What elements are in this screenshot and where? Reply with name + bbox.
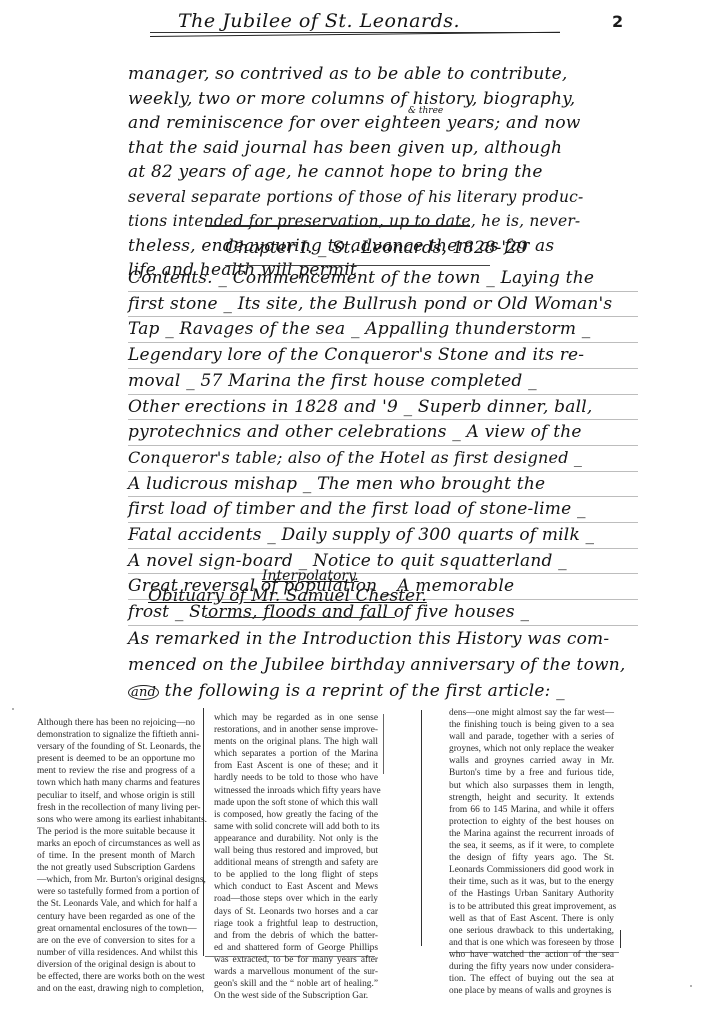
news-line: diversion of the original design is abou… — [37, 959, 195, 971]
news-line: present is deemed to be an opportune mo — [37, 753, 195, 765]
news-line: restorations, and in another sense impro… — [214, 724, 378, 736]
news-line: Leonards Commissioners did good work in — [449, 864, 614, 876]
news-line: wall and parade, together with a series … — [449, 731, 614, 743]
news-line: who have watched the action of the sea — [449, 949, 614, 961]
news-line: made upon the soft stone of which this w… — [214, 797, 378, 809]
intro-line-text: and reminiscence for over eighteen years… — [128, 113, 581, 133]
news-line: of the Hastings Urban Sanitary Authority — [449, 888, 614, 900]
news-line: which may be regarded as in one sense — [214, 712, 378, 724]
news-line: geon's skill and the “ noble art of heal… — [214, 978, 378, 990]
news-line: additional means of strength and safety … — [214, 857, 378, 869]
remark-line: menced on the Jubilee birthday anniversa… — [128, 652, 638, 678]
interpolatory-label: Interpolatory. — [262, 568, 359, 584]
news-line: peculiar to itself, and whose origin is … — [37, 790, 195, 802]
news-line: the sea, it seems, as if it were, to com… — [449, 840, 614, 852]
news-line: is to be attributed this great improveme… — [449, 901, 614, 913]
news-line: the St. Leonards Vale, and which for hal… — [37, 898, 195, 910]
news-line: great ornamental enclosures of the town— — [37, 923, 195, 935]
news-line: same with solid concrete will add both t… — [214, 821, 378, 833]
document-title: The Jubilee of St. Leonards. — [178, 10, 460, 32]
column-border-right — [421, 710, 422, 946]
news-line: their time, such as it was, but to the e… — [449, 876, 614, 888]
news-line: and on the east, drawing nigh to complet… — [37, 983, 195, 995]
news-line: one serious drawback to this undertaking… — [449, 925, 614, 937]
contents-line: Legendary lore of the Conqueror's Stone … — [128, 343, 638, 369]
contents-line: moval _ 57 Marina the first house comple… — [128, 369, 638, 395]
news-line: fresh in the recollection of many living… — [37, 802, 195, 814]
news-line: ment to review the rise and progress of … — [37, 765, 195, 777]
news-line: the design of fifty years ago. The St. — [449, 852, 614, 864]
contents-line: pyrotechnics and other celebrations _ A … — [128, 420, 638, 446]
intro-line: manager, so contrived as to be able to c… — [128, 62, 628, 87]
news-line: appearance and durability. Not only is t… — [214, 833, 378, 845]
news-line: The period is the more suitable because … — [37, 826, 195, 838]
news-line: from East Ascent is one of these; and it — [214, 760, 378, 772]
news-line: tion. The effect of buying out the sea a… — [449, 973, 614, 985]
news-line: marks an epoch of circumstances as well … — [37, 838, 195, 850]
remark-line-text: the following is a reprint of the first … — [165, 681, 565, 701]
news-line: which conduct to East Ascent and Mews — [214, 881, 378, 893]
intro-line: that the said journal has been given up,… — [128, 136, 628, 161]
news-line: Although there has been no rejoicing—no — [37, 717, 195, 729]
news-line: are on the eve of conversion to sites fo… — [37, 935, 195, 947]
chapter-contents: Contents. _ Commencement of the town _ L… — [128, 266, 638, 626]
scan-speck — [690, 985, 692, 987]
remark-line: and the following is a reprint of the fi… — [128, 678, 638, 704]
news-line: wards a marvellous monument of the sur- — [214, 966, 378, 978]
column-border-far-right — [620, 930, 621, 948]
section-divider — [205, 225, 470, 227]
news-line: road—those steps over which in the early — [214, 893, 378, 905]
news-line: riage took a frightful leap to destructi… — [214, 918, 378, 930]
contents-line: Other erections in 1828 and '9 _ Superb … — [128, 395, 638, 421]
news-line: On the west side of the Subscription Gar… — [214, 990, 378, 1002]
page-header: The Jubilee of St. Leonards. 2 — [0, 6, 715, 42]
news-line: walls and groynes carried away in Mr. — [449, 755, 614, 767]
news-line: Burton's time by a free and furious tide… — [449, 767, 614, 779]
newspaper-column-1: Although there has been no rejoicing—no … — [37, 717, 195, 995]
obituary-rule — [205, 617, 395, 618]
scan-speck — [600, 940, 602, 942]
news-line: during the fifty years now under conside… — [449, 961, 614, 973]
remark-line: As remarked in the Introduction this His… — [128, 626, 638, 652]
news-line: wall being thus restored and improved, b… — [214, 845, 378, 857]
news-line: ments on the original plans. The high wa… — [214, 736, 378, 748]
news-line: strength, height and security. It extend… — [449, 792, 614, 804]
news-line: were so tastefully formed from a portion… — [37, 886, 195, 898]
intro-line: and reminiscence for over eighteen years… — [128, 111, 628, 136]
news-line: but which also surpasses them in length, — [449, 780, 614, 792]
newspaper-column-2: which may be regarded as in one sense re… — [214, 712, 378, 1002]
news-line: well as that of East Ascent. There is on… — [449, 913, 614, 925]
news-line: witnessed the inroads which fifty years … — [214, 785, 378, 797]
contents-line: A ludicrous mishap _ The men who brought… — [128, 472, 638, 498]
intro-line: weekly, two or more columns of history, … — [128, 87, 628, 112]
news-line: dens—one might almost say the far west— — [449, 707, 614, 719]
news-line: ed and shattered form of George Phillips — [214, 942, 378, 954]
news-line: town which hath many charms and features — [37, 777, 195, 789]
news-line: and from the debris of which the batter- — [214, 930, 378, 942]
news-line: the finishing touch is being given to a … — [449, 719, 614, 731]
news-line: of time. In the present month of March — [37, 850, 195, 862]
reprint-intro-paragraph: As remarked in the Introduction this His… — [128, 626, 638, 704]
intro-insertion-note: & three — [408, 106, 443, 116]
column-border-left — [203, 708, 204, 956]
contents-line: first stone _ Its site, the Bullrush pon… — [128, 292, 638, 318]
page-number: 2 — [612, 12, 623, 31]
news-line: be effected, there are works both on the… — [37, 971, 195, 983]
news-line: hardly needs to be told to those who hav… — [214, 772, 378, 784]
news-line: the not greatly used Subscription Garden… — [37, 862, 195, 874]
column-border-mid — [383, 714, 384, 774]
intro-line: tions intended for preservation, up to d… — [128, 209, 628, 234]
news-line: versary of the founding of St. Leonards,… — [37, 741, 195, 753]
news-line: and that is one which was foreseen by th… — [449, 937, 614, 949]
news-line: century have been regarded as one of the — [37, 911, 195, 923]
news-line: from 66 to 145 Marina, and while it offe… — [449, 804, 614, 816]
news-line: was extracted, to be for many years afte… — [214, 954, 378, 966]
news-line: number of villa residences. And whilst t… — [37, 947, 195, 959]
scan-speck — [12, 708, 14, 710]
news-line: sons who were among its earliest inhabit… — [37, 814, 195, 826]
news-line: which separates a portion of the Marina — [214, 748, 378, 760]
news-line: to be applied to the long flight of step… — [214, 869, 378, 881]
news-line: days of St. Leonards two horses and a ca… — [214, 906, 378, 918]
news-line: protection to eighty of the best houses … — [449, 816, 614, 828]
intro-line: several separate portions of those of hi… — [128, 185, 628, 210]
news-line: one place by means of walls and groynes … — [449, 985, 614, 997]
contents-line: A novel sign-board _ Notice to quit squa… — [128, 549, 638, 575]
intro-line: at 82 years of age, he cannot hope to br… — [128, 160, 628, 185]
news-line: the Marina against the recurrent inroads… — [449, 828, 614, 840]
news-line: demonstration to signalize the fiftieth … — [37, 729, 195, 741]
contents-line: Conqueror's table; also of the Hotel as … — [128, 446, 638, 472]
news-line: is composed, how greatly the facing of t… — [214, 809, 378, 821]
newspaper-column-3: dens—one might almost say the far west— … — [449, 707, 614, 997]
contents-line: Tap _ Ravages of the sea _ Appalling thu… — [128, 317, 638, 343]
contents-line: Contents. _ Commencement of the town _ L… — [128, 266, 638, 292]
circled-correction: and — [128, 685, 159, 700]
news-line: —which, from Mr. Burton's original desig… — [37, 874, 195, 886]
contents-line: Fatal accidents _ Daily supply of 300 qu… — [128, 523, 638, 549]
contents-line: first load of timber and the first load … — [128, 497, 638, 523]
chapter-title: Chapter I. _ St. Leonards, 1828-'29 — [225, 238, 528, 258]
obituary-heading: Obituary of Mr. Samuel Chester. — [148, 586, 427, 606]
news-line: groynes, which not only replace the weak… — [449, 743, 614, 755]
